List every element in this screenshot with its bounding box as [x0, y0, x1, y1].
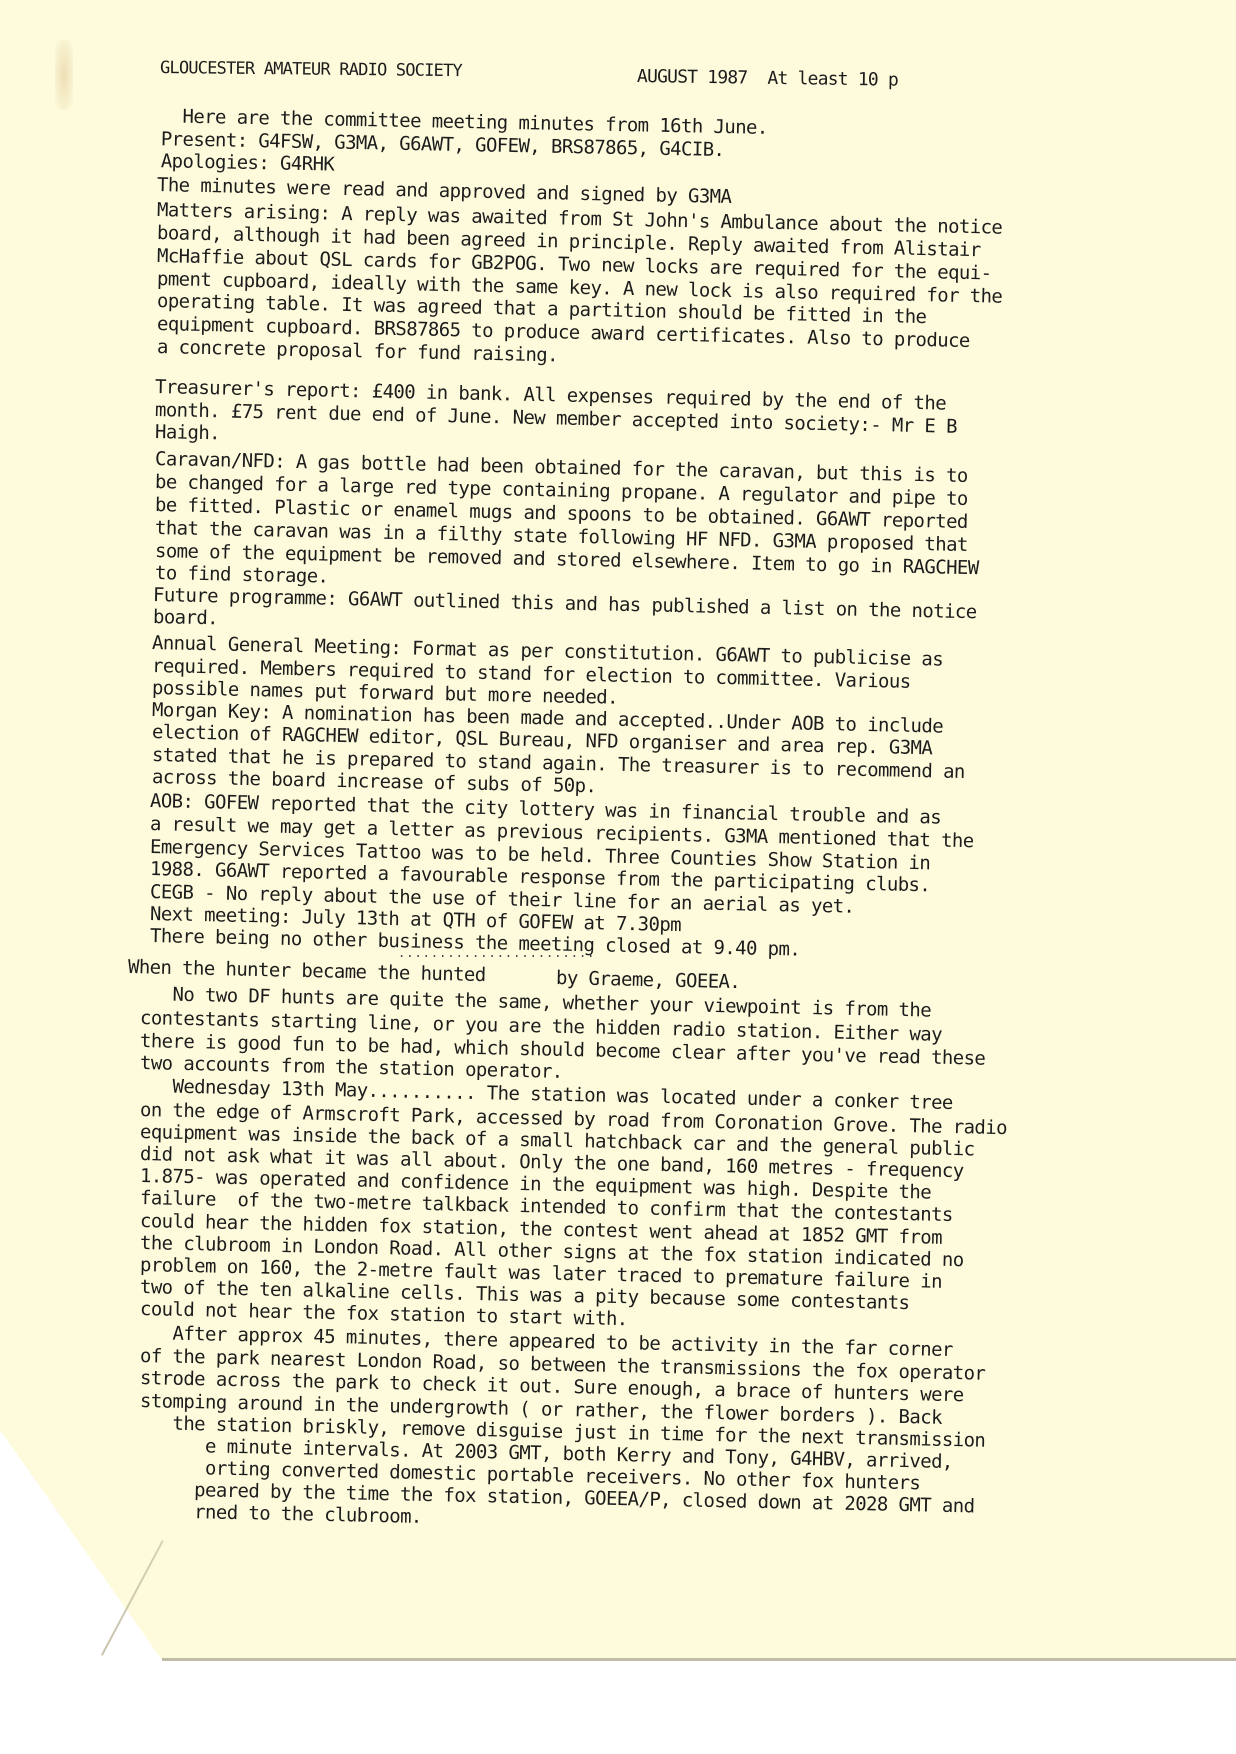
paper-bottom-edge: [162, 1658, 1236, 1661]
section-separator: ........................: [398, 946, 595, 960]
issue-info: AUGUST 1987 At least 10 p: [637, 66, 898, 91]
minutes-line: Future programme: G6AWT outlined this an…: [153, 584, 977, 623]
minutes-line: Apologies: G4RHK: [150, 150, 335, 176]
minutes-line: Haigh.: [155, 421, 220, 444]
article-line: rned to the clubroom.: [140, 1500, 422, 1528]
paper-stain: [55, 40, 73, 110]
newsletter-page: GLOUCESTER AMATEUR RADIO SOCIETY AUGUST …: [0, 0, 1236, 1754]
minutes-line: board.: [153, 606, 218, 629]
article-byline: by Graeme, GOEEA.: [556, 967, 741, 993]
article-title: When the hunter became the hunted: [128, 956, 486, 986]
society-title: GLOUCESTER AMATEUR RADIO SOCIETY: [160, 58, 462, 81]
